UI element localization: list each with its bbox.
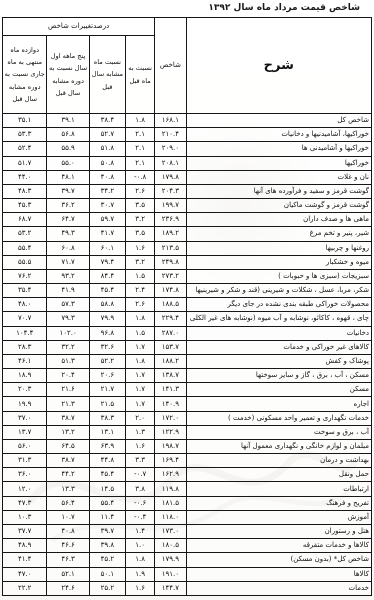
twelve-month-value: ۲۲.۲ xyxy=(3,581,47,595)
index-value: ۱۵۳.۷ xyxy=(155,340,186,354)
five-month-value: ۴۱.۹ xyxy=(47,284,89,298)
vs-prev-month-value: ۲.۱ xyxy=(126,128,155,142)
vs-same-month-value: ۴۵.۴ xyxy=(89,284,125,298)
table-row: بهداشت و درمان۱۶۹.۴۳.۳۴۴.۸۳۸.۷۳۱.۳ xyxy=(3,454,372,468)
vs-prev-month-value: ۱.۶ xyxy=(126,439,155,453)
vs-prev-month-value: ۱.۵ xyxy=(126,269,155,283)
vs-same-month-value: ۵۵.۴ xyxy=(89,496,125,510)
vs-same-month-value: ۲۱.۷ xyxy=(89,383,125,397)
twelve-month-value: ۱۳.۷ xyxy=(3,425,47,439)
vs-prev-month-value: ۱.۷ xyxy=(126,397,155,411)
index-value: ۱۷۳.۰ xyxy=(155,524,186,538)
vs-prev-month-value: ۲.۶ xyxy=(126,184,155,198)
table-row: سبزیجات (سبزی ها و حبوبات )۲۷۳.۲۱.۵۸۴.۴۹… xyxy=(3,269,372,283)
scanned-page: { "title": "شاخص قیمت مرداد ماه سال ۱۳۹۲… xyxy=(0,0,374,600)
vs-same-month-value: ۵۸.۸ xyxy=(89,298,125,312)
row-label: خوراکیها، آشامیدنیها و دخانیات xyxy=(186,128,372,142)
five-month-value: ۶۴.۷ xyxy=(47,213,89,227)
row-label: محصولات خوراکی طبقه بندی نشده در جای دیگ… xyxy=(186,298,372,312)
vs-prev-month-value: ۱.۸ xyxy=(126,114,155,128)
five-month-value: ۱۰.۷ xyxy=(47,510,89,524)
row-label: مسکن xyxy=(186,383,372,397)
vs-same-month-value: ۱۱.۴ xyxy=(89,510,125,524)
row-label: بهداشت و درمان xyxy=(186,454,372,468)
table-row: گوشت قرمز و گوشت ماکیان۱۹۹.۷۳.۵۳۰.۷۳۶.۲۴… xyxy=(3,199,372,213)
twelve-month-value: ۳۵.۴ xyxy=(3,284,47,298)
vs-prev-month-value: ۱.۷ xyxy=(126,369,155,383)
index-value: ۲۱۳.۵ xyxy=(155,241,186,255)
vs-same-month-value: ۳۹.۷ xyxy=(89,524,125,538)
table-row: تفریح و فرهنگ۱۸۱.۵-۰.۶۵۵.۴۵۶.۴۴۷.۳ xyxy=(3,496,372,510)
vs-prev-month-value: ۱.۷ xyxy=(126,383,155,397)
row-label: گوشت قرمز و سفید و فرآورده های آنها xyxy=(186,184,372,198)
index-value: ۲۰۹.۰ xyxy=(155,142,186,156)
five-month-value: ۴۹.۳ xyxy=(47,227,89,241)
twelve-month-value: ۱۹.۹ xyxy=(3,397,47,411)
twelve-month-value: ۳۱.۳ xyxy=(3,454,47,468)
table-row: چای ، قهوه ، کاکائو، نوشابه و آب میوه (ن… xyxy=(3,312,372,326)
twelve-month-value: ۴۱.۴ xyxy=(3,553,47,567)
five-month-value: ۵۲.۱ xyxy=(47,567,89,581)
five-month-value: ۱۳.۳ xyxy=(47,482,89,496)
vs-prev-month-value: ۱.۵ xyxy=(126,326,155,340)
index-value: ۱۹۹.۷ xyxy=(155,199,186,213)
five-month-value: ۷۹.۳ xyxy=(47,312,89,326)
index-value: ۲۴۹.۸ xyxy=(155,255,186,269)
row-label: نان و غلات xyxy=(186,170,372,184)
row-label: کالاهای غیر خوراکی و خدمات xyxy=(186,340,372,354)
table-row: محصولات خوراکی طبقه بندی نشده در جای دیگ… xyxy=(3,298,372,312)
twelve-month-value: ۷۶.۲ xyxy=(3,269,47,283)
twelve-month-value: ۳۵.۱ xyxy=(3,114,47,128)
table-row: خوراکیها۲۰۸.۱۲.۱۵۰.۸۵۵.۰۵۱.۷ xyxy=(3,156,372,170)
twelve-month-value: ۲۸.۳ xyxy=(3,340,47,354)
index-value: ۲۳۶.۹ xyxy=(155,213,186,227)
vs-prev-month-value: -۰.۷ xyxy=(126,468,155,482)
twelve-month-value: ۴۸.۳ xyxy=(3,184,47,198)
vs-same-month-value: ۳۸.۴ xyxy=(89,114,125,128)
index-value: ۱۱۹.۸ xyxy=(155,482,186,496)
table-row: کالاها۱۹۱.۰۱.۹۵۰.۱۵۲.۱۴۷.۰ xyxy=(3,567,372,581)
five-month-value: ۱۳.۲ xyxy=(47,425,89,439)
row-label: آموزش xyxy=(186,510,372,524)
row-label: میوه و خشکبار xyxy=(186,255,372,269)
index-value: ۱۷۴.۸ xyxy=(155,284,186,298)
vs-prev-month-value: ۲.۶ xyxy=(126,298,155,312)
row-label: خوراکیها xyxy=(186,156,372,170)
table-row: شاخص کل۱۶۸.۱۱.۸۳۸.۴۳۹.۱۳۵.۱ xyxy=(3,114,372,128)
table-row: روغنها و چربیها۲۱۳.۵۱.۶۶۰.۱۶۰.۸۵۵.۴ xyxy=(3,241,372,255)
five-month-value: ۳۲.۲ xyxy=(47,340,89,354)
row-label: شیر، پنیر و تخم مرغ xyxy=(186,227,372,241)
index-value: ۱۸۱.۵ xyxy=(155,496,186,510)
row-label: شاخص کل xyxy=(186,114,372,128)
page-title: شاخص قیمت مرداد ماه سال ۱۳۹۲ xyxy=(208,3,360,13)
row-label: شکر، مربا، عسل ، شکلات و شیرینی (قند و ش… xyxy=(186,284,372,298)
five-month-value: ۹۳.۲ xyxy=(47,269,89,283)
five-month-value: ۲۴.۶ xyxy=(47,581,89,595)
index-value: ۱۶۸.۱ xyxy=(155,114,186,128)
vs-same-month-value: ۲۵.۲ xyxy=(89,581,125,595)
twelve-month-value: ۳۷.۷ xyxy=(3,524,47,538)
index-value: ۱۸۹.۲ xyxy=(155,227,186,241)
row-label: تفریح و فرهنگ xyxy=(186,496,372,510)
table-row: کالاها و خدمات متفرقه۱۸۰.۵۱.۰۳۹.۸۴۶.۶۴۸.… xyxy=(3,539,372,553)
twelve-month-value: ۵۶.۰ xyxy=(3,439,47,453)
five-month-value: ۲۱.۳ xyxy=(47,397,89,411)
row-label: آب ، برق و سوخت xyxy=(186,425,372,439)
header-twelve-month: دوازده ماه منتهی به ماه جاری نسبت به دور… xyxy=(3,36,47,114)
vs-prev-month-value: ۱.۴ xyxy=(126,524,155,538)
table-row: آموزش۱۱۸.۰-۰.۴۱۱.۴۱۰.۷۱۰.۳ xyxy=(3,510,372,524)
table-row: شکر، مربا، عسل ، شکلات و شیرینی (قند و ش… xyxy=(3,284,372,298)
price-index-table: شرح شاخص درصدتغییرات شاخص نسبت به ماه قب… xyxy=(2,17,372,596)
five-month-value: ۴۴.۲ xyxy=(47,468,89,482)
table-row: اجاره۱۴۰.۹۱.۷۲۱.۵۲۱.۳۱۹.۹ xyxy=(3,397,372,411)
index-value: ۲۰۸.۱ xyxy=(155,156,186,170)
five-month-value: ۱۰۲.۰ xyxy=(47,326,89,340)
five-month-value: ۳۹.۷ xyxy=(47,184,89,198)
vs-same-month-value: ۴۵.۴ xyxy=(89,468,125,482)
five-month-value: ۴۰.۸ xyxy=(47,524,89,538)
row-label: روغنها و چربیها xyxy=(186,241,372,255)
index-value: ۱۸۸.۲ xyxy=(155,354,186,368)
row-label: مسکن ، آب ، برق ، گاز و سایر سوختها xyxy=(186,369,372,383)
header-percent-changes-group: درصدتغییرات شاخص xyxy=(3,18,155,36)
five-month-value: ۶۰.۸ xyxy=(47,241,89,255)
five-month-value: ۵۷.۳ xyxy=(47,298,89,312)
vs-same-month-value: ۲۱.۵ xyxy=(89,397,125,411)
vs-prev-month-value: ۱.۸ xyxy=(126,553,155,567)
index-value: ۱۱۸.۰ xyxy=(155,510,186,524)
table-row: حمل ونقل۱۶۲.۹-۰.۷۴۵.۴۴۴.۲۳۶.۰ xyxy=(3,468,372,482)
twelve-month-value: ۵۳.۳ xyxy=(3,128,47,142)
twelve-month-value: ۴۷.۰ xyxy=(3,567,47,581)
row-label: خوراکیها و آشامیدنی ها xyxy=(186,142,372,156)
twelve-month-value: ۱۰.۳ xyxy=(3,510,47,524)
twelve-month-value: ۲۰.۳ xyxy=(3,383,47,397)
index-value: ۱۴۱.۳ xyxy=(155,383,186,397)
vs-same-month-value: ۵۰.۸ xyxy=(89,156,125,170)
index-value: ۱۶۲.۹ xyxy=(155,468,186,482)
header-vs-same-month-prev-year: نسبت ماه مشابه سال قبل xyxy=(89,36,125,114)
twelve-month-value: ۱۰۴.۴ xyxy=(3,326,47,340)
row-label: مبلمان و لوازم خانگی و نگهداری معمول آنه… xyxy=(186,439,372,453)
table-row: خوراکیها، آشامیدنیها و دخانیات۲۱۰.۴۲.۱۵۲… xyxy=(3,128,372,142)
vs-same-month-value: ۶۳.۹ xyxy=(89,439,125,453)
vs-prev-month-value: -۰.۴ xyxy=(126,510,155,524)
vs-prev-month-value: ۳.۵ xyxy=(126,199,155,213)
vs-prev-month-value: ۱.۸ xyxy=(126,354,155,368)
index-value: ۱۹۱.۰ xyxy=(155,567,186,581)
vs-same-month-value: ۳۹.۸ xyxy=(89,539,125,553)
vs-prev-month-value: ۱.۶ xyxy=(126,241,155,255)
vs-same-month-value: ۴۰.۸ xyxy=(89,170,125,184)
five-month-value: ۷۱.۷ xyxy=(47,255,89,269)
row-label: کالاها xyxy=(186,567,372,581)
index-value: ۱۸۰.۵ xyxy=(155,539,186,553)
index-value: ۱۶۹.۴ xyxy=(155,454,186,468)
vs-prev-month-value: ۱.۶ xyxy=(126,581,155,595)
vs-same-month-value: ۱۳.۱ xyxy=(89,425,125,439)
header-vs-prev-month: نسبت به ماه قبل xyxy=(126,36,155,114)
index-value: ۱۷۲.۰ xyxy=(155,411,186,425)
row-label: خدمات xyxy=(186,581,372,595)
five-month-value: ۵۶.۴ xyxy=(47,496,89,510)
vs-prev-month-value: ۱.۷ xyxy=(126,340,155,354)
row-label: شاخص کل* (بدون مسکن) xyxy=(186,553,372,567)
header-five-month: پنج ماهه اول سال نسبت به دوره مشابه سال … xyxy=(47,36,89,114)
table-body: شاخص کل۱۶۸.۱۱.۸۳۸.۴۳۹.۱۳۵.۱خوراکیها، آشا… xyxy=(3,114,372,596)
row-label: چای ، قهوه ، کاکائو، نوشابه و آب میوه (ن… xyxy=(186,312,372,326)
five-month-value: ۲۰.۴ xyxy=(47,369,89,383)
vs-same-month-value: ۳۰.۷ xyxy=(89,199,125,213)
five-month-value: ۳۹.۱ xyxy=(47,114,89,128)
row-label: گوشت قرمز و گوشت ماکیان xyxy=(186,199,372,213)
table-row: خدمات نگهداری و تعمیر واحد مسکونی (خدمت … xyxy=(3,411,372,425)
index-value: ۱۳۸.۷ xyxy=(155,369,186,383)
table-row: خدمات۱۴۴.۷۱.۶۲۵.۲۲۴.۶۲۲.۲ xyxy=(3,581,372,595)
twelve-month-value: ۶۸.۷ xyxy=(3,213,47,227)
table-row: میوه و خشکبار۲۴۹.۸۳.۲۷۹.۴۷۱.۷۵۵.۵ xyxy=(3,255,372,269)
row-label: دخانیات xyxy=(186,326,372,340)
twelve-month-value: ۵۵.۴ xyxy=(3,241,47,255)
twelve-month-value: ۴۷.۳ xyxy=(3,496,47,510)
table-row: مسکن ، آب ، برق ، گاز و سایر سوختها۱۳۸.۷… xyxy=(3,369,372,383)
table-row: آب ، برق و سوخت۱۲۲.۹۱.۳۱۳.۱۱۳.۲۱۳.۷ xyxy=(3,425,372,439)
vs-prev-month-value: ۳.۵ xyxy=(126,227,155,241)
twelve-month-value: ۵۳.۲ xyxy=(3,227,47,241)
table-row: دخانیات۲۸۷.۰۱.۵۹۶.۸۱۰۲.۰۱۰۴.۴ xyxy=(3,326,372,340)
header-description: شرح xyxy=(186,18,372,114)
twelve-month-value: ۴۸.۹ xyxy=(3,539,47,553)
row-label: اجاره xyxy=(186,397,372,411)
vs-prev-month-value: ۱.۰ xyxy=(126,539,155,553)
table-row: پوشاک و کفش۱۸۸.۲۱.۸۵۲.۲۵۱.۳۴۶.۱ xyxy=(3,354,372,368)
table-row: شیر، پنیر و تخم مرغ۱۸۹.۲۳.۵۴۱.۷۴۹.۳۵۳.۲ xyxy=(3,227,372,241)
five-month-value: ۲۱.۶ xyxy=(47,383,89,397)
vs-prev-month-value: ۱.۹ xyxy=(126,567,155,581)
twelve-month-value: ۴۶.۱ xyxy=(3,354,47,368)
five-month-value: ۴۶.۳ xyxy=(47,553,89,567)
index-value: ۱۹۸.۷ xyxy=(155,439,186,453)
five-month-value: ۵۱.۳ xyxy=(47,354,89,368)
vs-same-month-value: ۵۲.۷ xyxy=(89,128,125,142)
vs-prev-month-value: ۲.۰ xyxy=(126,411,155,425)
twelve-month-value: ۱۸.۹ xyxy=(3,369,47,383)
table-row: مسکن۱۴۱.۳۱.۷۲۱.۷۲۱.۶۲۰.۳ xyxy=(3,383,372,397)
vs-same-month-value: ۹۶.۸ xyxy=(89,326,125,340)
vs-same-month-value: ۵۲.۲ xyxy=(89,354,125,368)
five-month-value: ۵۶.۸ xyxy=(47,128,89,142)
vs-prev-month-value: ۳.۳ xyxy=(126,454,155,468)
row-label: کالاها و خدمات متفرقه xyxy=(186,539,372,553)
table-row: مبلمان و لوازم خانگی و نگهداری معمول آنه… xyxy=(3,439,372,453)
vs-prev-month-value: ۲.۱ xyxy=(126,142,155,156)
vs-same-month-value: ۴۴.۸ xyxy=(89,454,125,468)
table-row: ارتباطات۱۱۹.۸۳.۸۱۴.۵۱۳.۳۱۲.۰ xyxy=(3,482,372,496)
vs-prev-month-value: ۱.۳ xyxy=(126,425,155,439)
index-value: ۱۷۹.۹ xyxy=(155,553,186,567)
table-row: گوشت قرمز و سفید و فرآورده های آنها۲۰۴.۳… xyxy=(3,184,372,198)
vs-prev-month-value: ۳.۸ xyxy=(126,482,155,496)
table-row: نان و غلات۱۷۹.۸-۰.۸۴۰.۸۴۸.۱۴۴.۰ xyxy=(3,170,372,184)
twelve-month-value: ۵۵.۵ xyxy=(3,255,47,269)
index-value: ۲۰۴.۳ xyxy=(155,184,186,198)
vs-prev-month-value: ۱.۸ xyxy=(126,312,155,326)
vs-same-month-value: ۳۲.۶ xyxy=(89,340,125,354)
vs-prev-month-value: ۳.۲ xyxy=(126,255,155,269)
vs-same-month-value: ۴۵.۲ xyxy=(89,553,125,567)
vs-same-month-value: ۶۰.۱ xyxy=(89,241,125,255)
index-value: ۱۴۴.۷ xyxy=(155,581,186,595)
five-month-value: ۵۵.۹ xyxy=(47,142,89,156)
vs-same-month-value: ۱۴.۵ xyxy=(89,482,125,496)
twelve-month-value: ۳۶.۰ xyxy=(3,468,47,482)
twelve-month-value: ۵۱.۷ xyxy=(3,156,47,170)
table-row: هتل و رستوران۱۷۳.۰۱.۴۳۹.۷۴۰.۸۳۷.۷ xyxy=(3,524,372,538)
index-value: ۲۷۳.۲ xyxy=(155,269,186,283)
vs-same-month-value: ۳۴.۲ xyxy=(89,184,125,198)
five-month-value: ۴۸.۱ xyxy=(47,170,89,184)
index-value: ۲۲۹.۴ xyxy=(155,312,186,326)
table-row: کالاهای غیر خوراکی و خدمات۱۵۳.۷۱.۷۳۲.۶۳۲… xyxy=(3,340,372,354)
table-row: ماهی ها و صدف داران۲۳۶.۹۳.۲۵۹.۷۶۴.۷۶۸.۷ xyxy=(3,213,372,227)
vs-same-month-value: ۵۹.۷ xyxy=(89,213,125,227)
twelve-month-value: ۴۸.۰ xyxy=(3,298,47,312)
index-value: ۱۴۰.۹ xyxy=(155,397,186,411)
index-value: ۱۲۲.۹ xyxy=(155,425,186,439)
vs-prev-month-value: -۰.۸ xyxy=(126,170,155,184)
row-label: سبزیجات (سبزی ها و حبوبات ) xyxy=(186,269,372,283)
five-month-value: ۳۸.۷ xyxy=(47,411,89,425)
table-header: شرح شاخص درصدتغییرات شاخص نسبت به ماه قب… xyxy=(3,18,372,114)
five-month-value: ۴۶.۶ xyxy=(47,539,89,553)
twelve-month-value: ۴۵.۳ xyxy=(3,199,47,213)
five-month-value: ۶۴.۵ xyxy=(47,439,89,453)
twelve-month-value: ۴۴.۰ xyxy=(3,170,47,184)
row-label: خدمات نگهداری و تعمیر واحد مسکونی (خدمت … xyxy=(186,411,372,425)
five-month-value: ۵۵.۰ xyxy=(47,156,89,170)
five-month-value: ۳۸.۷ xyxy=(47,454,89,468)
vs-prev-month-value: ۲.۱ xyxy=(126,156,155,170)
five-month-value: ۳۶.۲ xyxy=(47,199,89,213)
vs-same-month-value: ۷۹.۴ xyxy=(89,255,125,269)
table-row: شاخص کل* (بدون مسکن)۱۷۹.۹۱.۸۴۵.۲۴۶.۳۴۱.۴ xyxy=(3,553,372,567)
vs-prev-month-value: -۰.۶ xyxy=(126,496,155,510)
table-row: خوراکیها و آشامیدنی ها۲۰۹.۰۲.۱۵۱.۸۵۵.۹۵۲… xyxy=(3,142,372,156)
row-label: پوشاک و کفش xyxy=(186,354,372,368)
vs-same-month-value: ۲۰.۶ xyxy=(89,369,125,383)
twelve-month-value: ۱۲.۰ xyxy=(3,482,47,496)
twelve-month-value: ۵۲.۴ xyxy=(3,142,47,156)
vs-same-month-value: ۸۴.۴ xyxy=(89,269,125,283)
index-value: ۲۸۷.۰ xyxy=(155,326,186,340)
row-label: ارتباطات xyxy=(186,482,372,496)
row-label: ماهی ها و صدف داران xyxy=(186,213,372,227)
index-value: ۲۱۰.۴ xyxy=(155,128,186,142)
row-label: حمل ونقل xyxy=(186,468,372,482)
vs-same-month-value: ۵۱.۸ xyxy=(89,142,125,156)
vs-same-month-value: ۵۰.۱ xyxy=(89,567,125,581)
vs-same-month-value: ۷۹.۹ xyxy=(89,312,125,326)
index-value: ۱۸۸.۵ xyxy=(155,298,186,312)
header-index: شاخص xyxy=(155,18,186,114)
vs-prev-month-value: ۲.۴ xyxy=(126,284,155,298)
vs-same-month-value: ۳۸.۳ xyxy=(89,411,125,425)
twelve-month-value: ۳۷.۰ xyxy=(3,411,47,425)
vs-same-month-value: ۴۱.۷ xyxy=(89,227,125,241)
twelve-month-value: ۷۰.۷ xyxy=(3,312,47,326)
vs-prev-month-value: ۳.۲ xyxy=(126,213,155,227)
row-label: هتل و رستوران xyxy=(186,524,372,538)
index-value: ۱۷۹.۸ xyxy=(155,170,186,184)
